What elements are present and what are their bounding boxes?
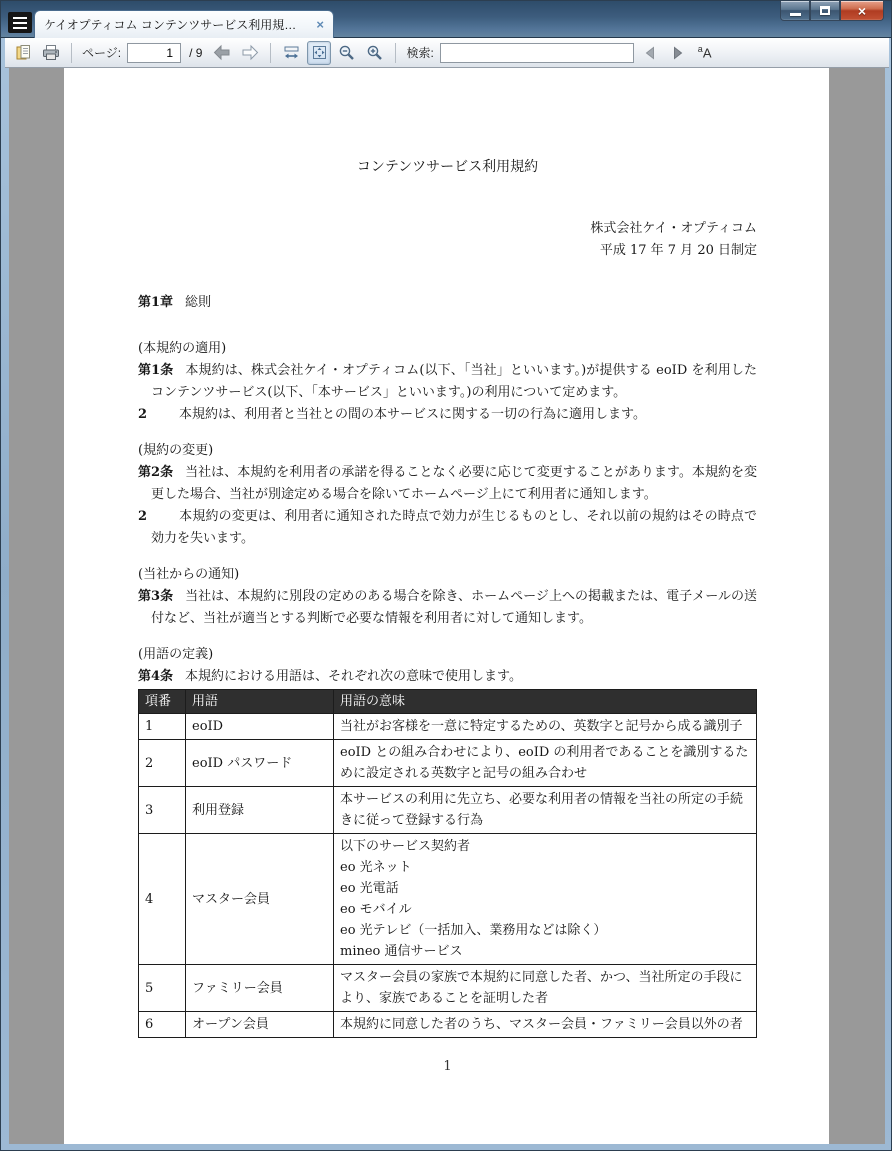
tab-close-icon[interactable]: ×	[316, 17, 324, 32]
cell-term: ファミリー会員	[186, 965, 334, 1012]
clause-label: 第1条	[138, 363, 173, 378]
cell-no: 4	[139, 834, 186, 965]
cell-term: eoID パスワード	[186, 740, 334, 787]
section-heading: (用語の定義)	[138, 644, 757, 666]
cell-meaning: 当社がお客様を一意に特定するための、英数字と記号から成る識別子	[334, 714, 757, 740]
cell-meaning: eoID との組み合わせにより、eoID の利用者であることを識別するために設定…	[334, 740, 757, 787]
caption-buttons: ×	[780, 1, 884, 21]
clause-paragraph: 第1条本規約は、株式会社ケイ・オプティコム(以下、「当社」といいます。)が提供す…	[138, 360, 757, 404]
document-title: コンテンツサービス利用規約	[138, 156, 757, 178]
hamburger-icon	[13, 17, 27, 19]
print-icon	[42, 44, 60, 61]
clause-text: 本規約における用語は、それぞれ次の意味で使用します。	[185, 669, 522, 684]
find-previous-button[interactable]	[638, 41, 662, 65]
cell-term: オープン会員	[186, 1012, 334, 1038]
previous-page-button[interactable]	[210, 41, 234, 65]
close-button[interactable]: ×	[840, 1, 884, 21]
page-label: ページ:	[82, 44, 121, 61]
cell-meaning: 本サービスの利用に先立ち、必要な利用者の情報を当社の所定の手続きに従って登録する…	[334, 787, 757, 834]
toolbar-separator	[71, 43, 72, 63]
definitions-table: 項番 用語 用語の意味 1 eoID 当社がお客様を一意に特定するための、英数字…	[138, 689, 757, 1038]
table-row: 3 利用登録 本サービスの利用に先立ち、必要な利用者の情報を当社の所定の手続きに…	[139, 787, 757, 834]
clause-label: 第4条	[138, 669, 173, 684]
table-row: 4 マスター会員 以下のサービス契約者 eo 光ネット eo 光電話 eo モバ…	[139, 834, 757, 965]
clause-text: 本規約は、株式会社ケイ・オプティコム(以下、「当社」といいます。)が提供する e…	[151, 363, 757, 400]
table-row: 6 オープン会員 本規約に同意した者のうち、マスター会員・ファミリー会員以外の者	[139, 1012, 757, 1038]
clause-label: 第3条	[138, 589, 173, 604]
forward-arrow-icon	[240, 44, 260, 61]
next-page-button[interactable]	[238, 41, 262, 65]
clause-text: 本規約の変更は、利用者に通知された時点で効力が生じるものとし、それ以前の規約はそ…	[151, 509, 757, 546]
toolbar: ページ: / 9	[5, 38, 889, 68]
zoom-out-icon	[338, 44, 356, 62]
section-heading: (当社からの通知)	[138, 564, 757, 586]
zoom-in-button[interactable]	[363, 41, 387, 65]
zoom-in-icon	[366, 44, 384, 62]
page-number-input[interactable]	[127, 43, 181, 63]
section-heading: (本規約の適用)	[138, 338, 757, 360]
cell-no: 2	[139, 740, 186, 787]
open-file-icon	[15, 44, 32, 61]
byline: 株式会社ケイ・オプティコム 平成 17 年 7 月 20 日制定	[138, 218, 757, 262]
table-header-row: 項番 用語 用語の意味	[139, 690, 757, 714]
print-button[interactable]	[39, 41, 63, 65]
clause-text: 当社は、本規約を利用者の承諾を得ることなく必要に応じて変更することがあります。本…	[151, 465, 757, 502]
page-number: 1	[138, 1056, 757, 1078]
cell-no: 5	[139, 965, 186, 1012]
chapter-heading: 第1章総則	[138, 292, 757, 314]
clause-label: 2	[138, 407, 147, 422]
fit-page-button[interactable]	[307, 41, 331, 65]
cell-term: 利用登録	[186, 787, 334, 834]
cell-no: 6	[139, 1012, 186, 1038]
sections: (本規約の適用) 第1条本規約は、株式会社ケイ・オプティコム(以下、「当社」とい…	[138, 338, 757, 688]
fit-page-icon	[311, 44, 328, 61]
search-label: 検索:	[406, 44, 433, 61]
clause-text: 当社は、本規約に別段の定めのある場合を除き、ホームページ上への掲載または、電子メ…	[151, 589, 757, 626]
terms-section: (用語の定義) 第4条本規約における用語は、それぞれ次の意味で使用します。	[138, 644, 757, 688]
back-arrow-icon	[212, 44, 232, 61]
clause-label: 第2条	[138, 465, 173, 480]
document-viewport[interactable]: コンテンツサービス利用規約 株式会社ケイ・オプティコム 平成 17 年 7 月 …	[9, 68, 885, 1144]
section-heading: (規約の変更)	[138, 440, 757, 462]
table-row: 5 ファミリー会員 マスター会員の家族で本規約に同意した者、かつ、当社所定の手段…	[139, 965, 757, 1012]
fit-width-button[interactable]	[279, 41, 303, 65]
pdf-page: コンテンツサービス利用規約 株式会社ケイ・オプティコム 平成 17 年 7 月 …	[64, 68, 829, 1144]
clause-paragraph: 2本規約は、利用者と当社との間の本サービスに関する一切の行為に適用します。	[138, 404, 757, 426]
minimize-button[interactable]	[780, 1, 810, 21]
enactment-date: 平成 17 年 7 月 20 日制定	[138, 240, 757, 262]
minimize-icon	[790, 13, 801, 16]
cell-term: eoID	[186, 714, 334, 740]
tab-title: ケイオプティコム コンテンツサービス利用規…	[44, 16, 310, 33]
terms-section: (規約の変更) 第2条当社は、本規約を利用者の承諾を得ることなく必要に応じて変更…	[138, 440, 757, 550]
terms-section: (本規約の適用) 第1条本規約は、株式会社ケイ・オプティコム(以下、「当社」とい…	[138, 338, 757, 426]
find-next-icon	[672, 46, 684, 60]
clause-paragraph: 2本規約の変更は、利用者に通知された時点で効力が生じるものとし、それ以前の規約は…	[138, 506, 757, 550]
toolbar-separator	[395, 43, 396, 63]
cell-no: 1	[139, 714, 186, 740]
toolbar-separator	[270, 43, 271, 63]
cell-meaning: 本規約に同意した者のうち、マスター会員・ファミリー会員以外の者	[334, 1012, 757, 1038]
col-header-term: 用語	[186, 690, 334, 714]
col-header-meaning: 用語の意味	[334, 690, 757, 714]
terms-section: (当社からの通知) 第3条当社は、本規約に別段の定めのある場合を除き、ホームペー…	[138, 564, 757, 630]
search-input[interactable]	[440, 43, 634, 63]
match-case-icon[interactable]: aA	[698, 44, 712, 60]
clause-text: 本規約は、利用者と当社との間の本サービスに関する一切の行為に適用します。	[179, 407, 646, 422]
maximize-button[interactable]	[810, 1, 840, 21]
clause-label: 2	[138, 509, 147, 524]
clause-paragraph: 第4条本規約における用語は、それぞれ次の意味で使用します。	[138, 666, 757, 688]
close-icon: ×	[858, 4, 866, 18]
find-next-button[interactable]	[666, 41, 690, 65]
cell-no: 3	[139, 787, 186, 834]
find-previous-icon	[644, 46, 656, 60]
company-name: 株式会社ケイ・オプティコム	[138, 218, 757, 240]
fit-width-icon	[283, 44, 300, 61]
table-row: 1 eoID 当社がお客様を一意に特定するための、英数字と記号から成る識別子	[139, 714, 757, 740]
cell-term: マスター会員	[186, 834, 334, 965]
app-window: ケイオプティコム コンテンツサービス利用規… × ×	[0, 0, 892, 1151]
col-header-no: 項番	[139, 690, 186, 714]
clause-paragraph: 第2条当社は、本規約を利用者の承諾を得ることなく必要に応じて変更することがありま…	[138, 462, 757, 506]
cell-meaning: 以下のサービス契約者 eo 光ネット eo 光電話 eo モバイル eo 光テレ…	[334, 834, 757, 965]
clause-paragraph: 第3条当社は、本規約に別段の定めのある場合を除き、ホームページ上への掲載または、…	[138, 586, 757, 630]
menu-hamburger-button[interactable]	[8, 12, 32, 33]
open-file-button[interactable]	[11, 41, 35, 65]
zoom-out-button[interactable]	[335, 41, 359, 65]
page-total: / 9	[189, 46, 202, 60]
table-row: 2 eoID パスワード eoID との組み合わせにより、eoID の利用者であ…	[139, 740, 757, 787]
titlebar: ケイオプティコム コンテンツサービス利用規… × ×	[1, 1, 892, 38]
document-tab[interactable]: ケイオプティコム コンテンツサービス利用規… ×	[34, 10, 334, 38]
cell-meaning: マスター会員の家族で本規約に同意した者、かつ、当社所定の手段により、家族であるこ…	[334, 965, 757, 1012]
maximize-icon	[820, 6, 830, 15]
